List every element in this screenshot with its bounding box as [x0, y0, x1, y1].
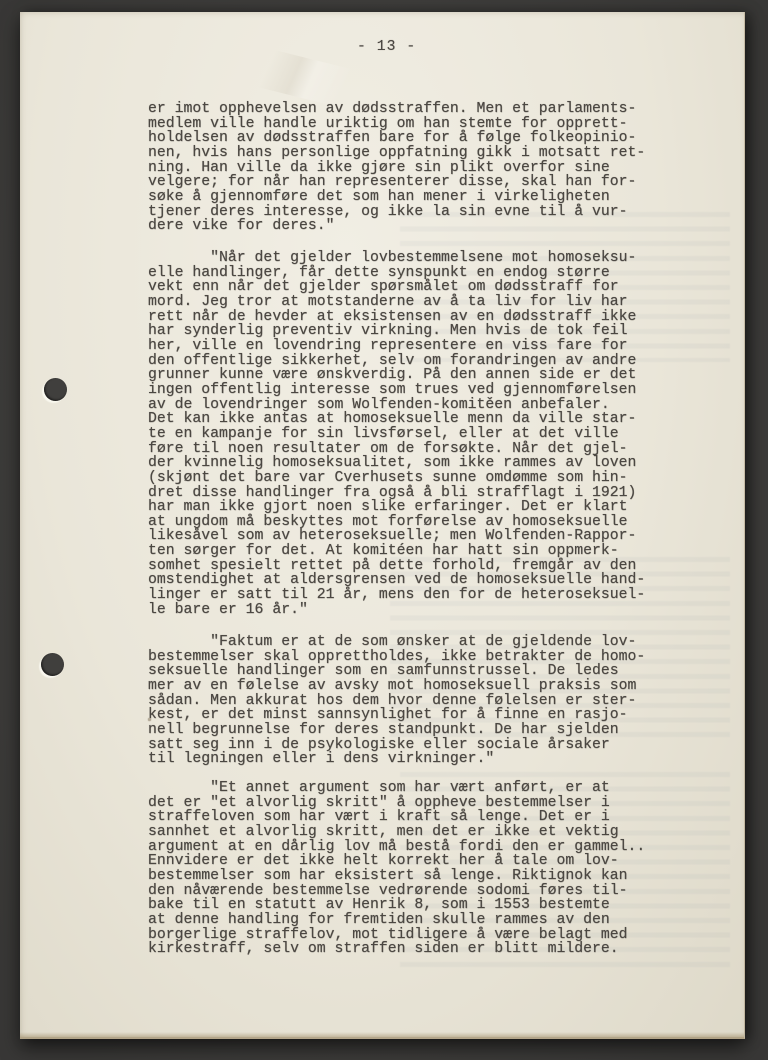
text-line: føre til noen resultater om de forsøkte.…: [148, 442, 645, 457]
paragraph: "Et annet argument som har vært anført, …: [148, 781, 645, 957]
scanner-background: - 13 - er imot opphevelsen av dødsstraff…: [0, 0, 768, 1060]
text-line: at denne handling for fremtiden skulle r…: [148, 913, 645, 928]
text-line: nen, hvis hans personlige oppfatning gik…: [148, 146, 645, 161]
text-line: (skjønt det bare var Cverhusets sunne om…: [148, 471, 645, 486]
text-line: "Når det gjelder lovbestemmelsene mot ho…: [148, 251, 645, 266]
text-line: mord. Jeg tror at motstanderne av å ta l…: [148, 295, 645, 310]
text-line: likesåvel som av heteroseksuelle; men Wo…: [148, 529, 645, 544]
text-line: ingen offentlig interesse som trues ved …: [148, 383, 645, 398]
page-number: - 13 -: [357, 39, 416, 55]
text-line: straffeloven som har vært i kraft så len…: [148, 810, 645, 825]
text-line: linger er satt til 21 år, mens den for d…: [148, 588, 645, 603]
paper-speck: [148, 718, 151, 721]
text-line: der kvinnelig homoseksualitet, som ikke …: [148, 456, 645, 471]
text-line: kest, er det minst sannsynlighet for å f…: [148, 708, 645, 723]
text-line: bestemmelser som har eksistert så lenge.…: [148, 869, 645, 884]
text-line: grunner kunne være ønskverdig. På den an…: [148, 368, 645, 383]
text-line: søke å gjennomføre det som han mener i v…: [148, 190, 645, 205]
text-line: dret disse handlinger fra også å bli str…: [148, 486, 645, 501]
text-line: mer av en følelse av avsky mot homoseksu…: [148, 679, 645, 694]
text-line: har synderlig preventiv virkning. Men hv…: [148, 324, 645, 339]
text-line: "Et annet argument som har vært anført, …: [148, 781, 645, 796]
text-line: sannhet et alvorlig skritt, men det er i…: [148, 825, 645, 840]
paragraph: er imot opphevelsen av dødsstraffen. Men…: [148, 102, 645, 234]
text-line: ten sørger for det. At komitéen har hatt…: [148, 544, 645, 559]
text-line: til legningen eller i dens virkninger.": [148, 752, 645, 767]
document-page: - 13 - er imot opphevelsen av dødsstraff…: [20, 12, 745, 1039]
text-line: kirkestraff, selv om straffen siden er b…: [148, 942, 645, 957]
punch-hole-top: [44, 378, 67, 401]
text-line: bake til en statutt av Henrik 8, som i 1…: [148, 898, 645, 913]
paragraph: "Når det gjelder lovbestemmelsene mot ho…: [148, 251, 645, 617]
text-line: har man ikke gjort noen slike erfaringer…: [148, 500, 645, 515]
text-line: dere vike for deres.": [148, 219, 645, 234]
text-line: Ennvidere er det ikke helt korrekt her å…: [148, 854, 645, 869]
text-line: omstendighet at aldersgrensen ved de hom…: [148, 573, 645, 588]
text-line: velgere; for når han representerer disse…: [148, 175, 645, 190]
text-line: le bare er 16 år.": [148, 603, 645, 618]
text-line: holdelsen av dødsstraffen bare for å føl…: [148, 131, 645, 146]
text-line: er imot opphevelsen av dødsstraffen. Men…: [148, 102, 645, 117]
text-line: her, ville en lovendring representere en…: [148, 339, 645, 354]
text-line: te en kampanje for sin livsførsel, eller…: [148, 427, 645, 442]
text-line: seksuelle handlinger som en samfunnstrus…: [148, 664, 645, 679]
text-line: nell begrunnelse for deres standpunkt. D…: [148, 723, 645, 738]
punch-hole-bottom: [41, 653, 64, 676]
paragraph: "Faktum er at de som ønsker at de gjelde…: [148, 635, 645, 767]
text-line: "Faktum er at de som ønsker at de gjelde…: [148, 635, 645, 650]
text-line: Det kan ikke antas at homoseksuelle menn…: [148, 412, 645, 427]
text-line: vekt enn når det gjelder spørsmålet om d…: [148, 280, 645, 295]
